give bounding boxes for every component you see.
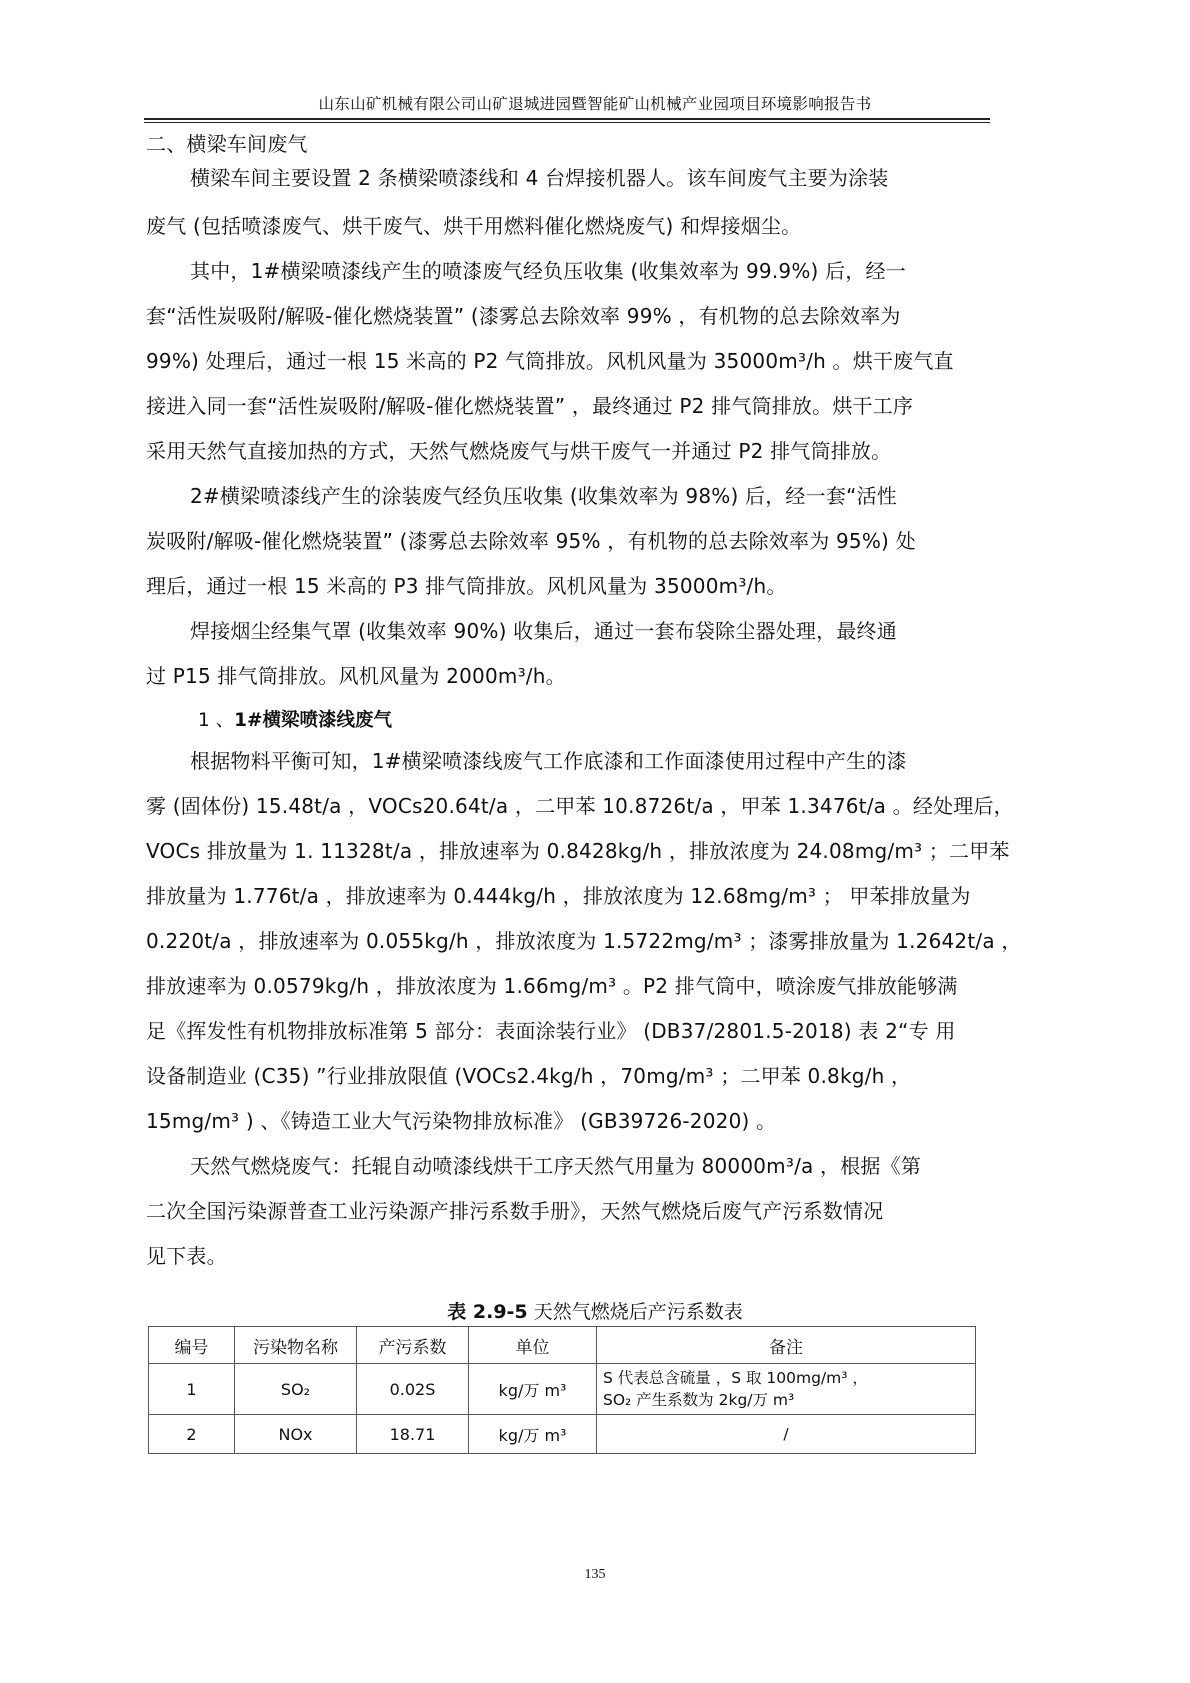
cell-unit: kg/万 m³	[469, 1415, 597, 1454]
column-header: 单位	[469, 1327, 597, 1364]
table-row: 2 NOx 18.71 kg/万 m³ /	[149, 1415, 976, 1454]
paragraph-line: 排放量为 1.776t/a ，排放速率为 0.444kg/h ，排放浓度为 12…	[146, 880, 990, 909]
cell-no: 2	[149, 1415, 235, 1454]
paragraph-line: 根据物料平衡可知，1#横梁喷漆线废气工作底漆和工作面漆使用过程中产生的漆	[190, 745, 1034, 774]
table-row: 1 SO₂ 0.02S kg/万 m³ S 代表总含硫量 ，S 取 100mg/…	[149, 1364, 976, 1415]
table-header-row: 编号 污染物名称 产污系数 单位 备注	[149, 1327, 976, 1364]
column-header: 备注	[597, 1327, 976, 1364]
table-caption-title: 天然气燃烧后产污系数表	[534, 1301, 743, 1323]
column-header: 污染物名称	[235, 1327, 357, 1364]
emission-coefficient-table: 编号 污染物名称 产污系数 单位 备注 1 SO₂ 0.02S kg/万 m³ …	[148, 1326, 976, 1454]
paragraph-line: 其中，1#横梁喷漆线产生的喷漆废气经负压收集 (收集效率为 99.9%) 后，经…	[190, 255, 1034, 284]
paragraph-line: 理后，通过一根 15 米高的 P3 排气筒排放。风机风量为 35000m³/h。	[146, 570, 990, 599]
paragraph-line: 15mg/m³ ) 、《铸造工业大气污染物排放标准》 (GB39726-2020…	[146, 1105, 990, 1134]
cell-unit: kg/万 m³	[469, 1364, 597, 1415]
paragraph-line: 足《挥发性有机物排放标准第 5 部分：表面涂装行业》 (DB37/2801.5-…	[146, 1015, 990, 1044]
page-number: 135	[0, 1567, 1190, 1583]
cell-note: /	[597, 1415, 976, 1454]
subsection-heading: 1 、1#横梁喷漆线废气	[198, 706, 392, 732]
paragraph-line: 横梁车间主要设置 2 条横梁喷漆线和 4 台焊接机器人。该车间废气主要为涂装	[190, 162, 1034, 191]
column-header: 编号	[149, 1327, 235, 1364]
subsection-number: 1 、	[198, 710, 234, 731]
paragraph-line: 见下表。	[146, 1240, 990, 1269]
cell-pollutant: SO₂	[235, 1364, 357, 1415]
column-header: 产污系数	[357, 1327, 469, 1364]
paragraph-line: 雾 (固体份) 15.48t/a ，VOCs20.64t/a ，二甲苯 10.8…	[146, 790, 990, 819]
cell-note: S 代表总含硫量 ，S 取 100mg/m³ ， SO₂ 产生系数为 2kg/万…	[597, 1364, 976, 1415]
cell-coefficient: 18.71	[357, 1415, 469, 1454]
paragraph-line: 设备制造业 (C35) ”行业排放限值 (VOCs2.4kg/h ，70mg/m…	[146, 1060, 990, 1089]
paragraph-line: 废气 (包括喷漆废气、烘干废气、烘干用燃料催化燃烧废气) 和焊接烟尘。	[146, 210, 990, 239]
paragraph-line: 焊接烟尘经集气罩 (收集效率 90%) 收集后，通过一套布袋除尘器处理，最终通	[190, 615, 1034, 644]
paragraph-line: 炭吸附/解吸-催化燃烧装置” (漆雾总去除效率 95% ，有机物的总去除效率为 …	[146, 525, 990, 554]
paragraph-line: 排放速率为 0.0579kg/h ，排放浓度为 1.66mg/m³ 。P2 排气…	[146, 970, 990, 999]
paragraph-line: 接进入同一套“活性炭吸附/解吸-催化燃烧装置” ，最终通过 P2 排气筒排放。烘…	[146, 390, 990, 419]
subsection-title: 1#横梁喷漆线废气	[234, 710, 392, 731]
cell-coefficient: 0.02S	[357, 1364, 469, 1415]
table-caption: 表 2.9-5 天然气燃烧后产污系数表	[0, 1297, 1190, 1324]
paragraph-line: 天然气燃烧废气：托辊自动喷漆线烘干工序天然气用量为 80000m³/a ，根据《…	[190, 1150, 1034, 1179]
note-line: S 代表总含硫量 ，S 取 100mg/m³ ，	[603, 1367, 969, 1389]
cell-pollutant: NOx	[235, 1415, 357, 1454]
paragraph-line: 二次全国污染源普查工业污染源产排污系数手册》，天然气燃烧后废气产污系数情况	[146, 1195, 990, 1224]
paragraph-line: 采用天然气直接加热的方式，天然气燃烧废气与烘干废气一并通过 P2 排气筒排放。	[146, 435, 990, 464]
paragraph-line: 0.220t/a ，排放速率为 0.055kg/h ，排放浓度为 1.5722m…	[146, 925, 990, 954]
note-line: SO₂ 产生系数为 2kg/万 m³	[603, 1389, 969, 1411]
table-caption-number: 表 2.9-5	[447, 1301, 527, 1323]
paragraph-line: 套“活性炭吸附/解吸-催化燃烧装置” (漆雾总去除效率 99% ，有机物的总去除…	[146, 300, 990, 329]
cell-no: 1	[149, 1364, 235, 1415]
paragraph-line: VOCs 排放量为 1. 11328t/a ，排放速率为 0.8428kg/h …	[146, 835, 990, 864]
page-header-title: 山东山矿机械有限公司山矿退城进园暨智能矿山机械产业园项目环境影响报告书	[0, 92, 1190, 114]
header-divider	[144, 118, 990, 123]
section-heading: 二、横梁车间废气	[146, 128, 990, 157]
paragraph-line: 99%) 处理后，通过一根 15 米高的 P2 气筒排放。风机风量为 35000…	[146, 345, 990, 374]
paragraph-line: 过 P15 排气筒排放。风机风量为 2000m³/h。	[146, 660, 990, 689]
paragraph-line: 2#横梁喷漆线产生的涂装废气经负压收集 (收集效率为 98%) 后，经一套“活性	[190, 480, 1034, 509]
